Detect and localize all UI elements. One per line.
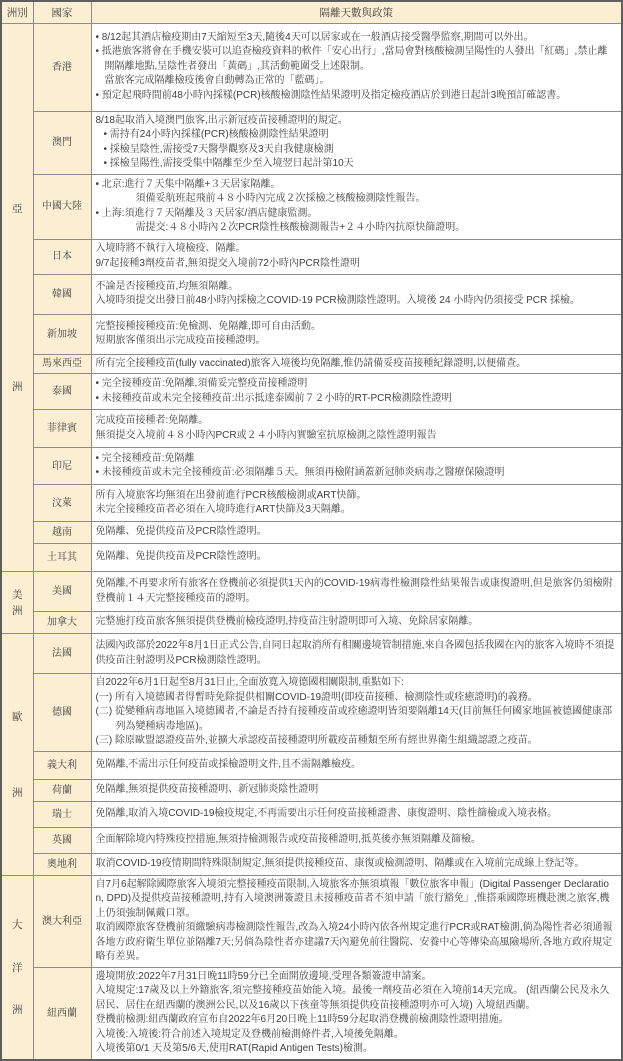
policy-line: 入境規定:17歲及以上外籍旅客,須完整接種疫苗始能入境。最後一劑疫苗必須在入境前… xyxy=(96,984,618,1013)
table-row: 印尼• 完全接種疫苗:免隔離• 未接種疫苗或未完全接種疫苗:必須隔離５天。無須再… xyxy=(1,448,622,485)
policy-line: 8/18起取消入境澳門旅客,出示新冠疫苗接種證明的規定。 xyxy=(96,114,618,129)
continent-char: 美 xyxy=(12,587,23,602)
policy-line: 全面解除境內特殊疫控措施,無須持檢測報告或疫苗接種證明,抵英後亦無須隔離及篩檢。 xyxy=(96,833,618,848)
table-row: 韓國不論是否接種疫苗,均無須隔離。入境時須提交出發日前48小時內採檢之COVID… xyxy=(1,274,622,314)
table-row: 荷蘭免隔離,無須提供疫苗接種證明、新冠肺炎陰性證明 xyxy=(1,779,622,801)
country-cell: 中國大陸 xyxy=(33,174,91,239)
continent-char: 洋 xyxy=(12,960,23,975)
country-cell: 澳大利亞 xyxy=(33,875,91,967)
policy-cell: 不論是否接種疫苗,均無須隔離。入境時須提交出發日前48小時內採檢之COVID-1… xyxy=(91,274,622,314)
country-cell: 土耳其 xyxy=(33,544,91,572)
policy-cell: 所有入境旅客均無須在出發前進行PCR核酸檢測或ART快篩。未完全接種疫苗者必須在… xyxy=(91,485,622,522)
continent-cell: 亞洲 xyxy=(1,23,33,572)
country-cell: 汶萊 xyxy=(33,485,91,522)
policy-line: (二) 從變種病毒地區入境德國者,不論是否持有接種疫苗或痊癒證明皆須要隔離14天… xyxy=(96,705,618,734)
table-row: 瑞士免隔離,取消入境COVID-19檢疫規定,不再需要出示任何疫苗接種證書、康復… xyxy=(1,801,622,827)
policy-line: 完成疫苗接種者:免隔離。 xyxy=(96,414,618,429)
policy-line: 未完全接種疫苗者必須在入境時進行ART快篩及3天隔離。 xyxy=(96,503,618,518)
table-row: 英國全面解除境內特殊疫控措施,無須持檢測報告或疫苗接種證明,抵英後亦無須隔離及篩… xyxy=(1,827,622,853)
table-row: 泰國• 完全接種疫苗:免隔離,須備妥完整疫苗接種證明• 未接種疫苗或未完全接種疫… xyxy=(1,374,622,410)
policy-cell: 免隔離,不再要求所有旅客在登機前必須提供1天內的COVID-19病毒性檢測陰性結… xyxy=(91,572,622,612)
continent-cell: 大洋洲 xyxy=(1,875,33,1060)
policy-line: (一) 所有入境德國者得暫時免除提供相關COVID-19證明(即疫苗接種、檢測陰… xyxy=(96,691,618,706)
continent-char: 大 xyxy=(12,917,23,932)
policy-cell: 自2022年6月1日起至8月31日止,全面放寬入境德國相關限制,重點如下:(一)… xyxy=(91,674,622,752)
policy-line: 入境時將不執行入境檢疫、隔離。 xyxy=(96,242,618,257)
policy-line: • 北京:進行７天集中隔離+３天居家隔離。 xyxy=(96,178,618,193)
policy-line: 自7月6起解除國際旅客入境須完整接種疫苗限制,入境旅客亦無須填報「數位旅客申報」… xyxy=(96,878,618,922)
country-cell: 韓國 xyxy=(33,274,91,314)
table-row: 汶萊所有入境旅客均無須在出發前進行PCR核酸檢測或ART快篩。未完全接種疫苗者必… xyxy=(1,485,622,522)
country-cell: 加拿大 xyxy=(33,612,91,634)
policy-line: • 採檢呈陰性,需接受7天醫學觀察及3天自我健康檢測 xyxy=(96,143,618,158)
policy-line: 法國內政部於2022年8月1日正式公告,自同日起取消所有相關邊境管制措施,來自各… xyxy=(96,639,618,668)
table-row: 義大利免隔離,不需出示任何疫苗或採檢證明文件,且不需隔離檢疫。 xyxy=(1,751,622,779)
policy-line: • 完全接種疫苗:免隔離 xyxy=(96,452,618,467)
policy-line: 需提交:４８小時內２次PCR陰性核酸檢測報告+２４小時內抗原快篩證明。 xyxy=(96,221,618,236)
header-policy: 隔離天數與政策 xyxy=(91,1,622,23)
policy-line: 入境後:入境後:符合前述入境規定及登機前檢測條件者,入境後免隔離。 xyxy=(96,1028,618,1043)
country-cell: 奧地利 xyxy=(33,853,91,875)
policy-line: 不論是否接種疫苗,均無須隔離。 xyxy=(96,280,618,295)
table-row: 歐洲法國法國內政部於2022年8月1日正式公告,自同日起取消所有相關邊境管制措施… xyxy=(1,634,622,674)
country-cell: 澳門 xyxy=(33,111,91,174)
country-cell: 新加坡 xyxy=(33,314,91,354)
country-cell: 菲律賓 xyxy=(33,410,91,448)
policy-cell: 所有完全接種疫苗(fully vaccinated)旅客入境後均免隔離,惟仍請備… xyxy=(91,354,622,374)
policy-line: (三) 除原歐盟認證疫苗外,並擴大承認疫苗接種證明所載疫苗種類至所有經世界衛生組… xyxy=(96,734,618,749)
quarantine-policy-table: 洲別 國家 隔離天數與政策 亞洲香港• 8/12起其酒店檢疫期由7天縮短至3天,… xyxy=(0,0,623,1061)
policy-line: • 完全接種疫苗:免隔離,須備妥完整疫苗接種證明 xyxy=(96,377,618,392)
table-row: 日本入境時將不執行入境檢疫、隔離。9/7起接種3劑疫苗者,無須提交入境前72小時… xyxy=(1,239,622,274)
continent-char: 洲 xyxy=(12,379,23,394)
policy-line: 短期旅客僅須出示完成疫苗接種證明。 xyxy=(96,334,618,349)
policy-line: 免隔離,不再要求所有旅客在登機前必須提供1天內的COVID-19病毒性檢測陰性結… xyxy=(96,577,618,606)
policy-line: • 未接種疫苗或未完全接種疫苗:出示抵達泰國前７２小時的RT-PCR檢測陰性證明 xyxy=(96,392,618,407)
policy-line: 完整施打疫苗旅客無須提供登機前檢疫證明,持疫苗注射證明即可入境、免除居家隔離。 xyxy=(96,615,618,630)
table-row: 加拿大完整施打疫苗旅客無須提供登機前檢疫證明,持疫苗注射證明即可入境、免除居家隔… xyxy=(1,612,622,634)
policy-line: 免隔離,無須提供疫苗接種證明、新冠肺炎陰性證明 xyxy=(96,783,618,798)
continent-label: 亞洲 xyxy=(2,24,33,572)
table-row: 新加坡完整接種接種疫苗:免檢測、免隔離,即可自由活動。短期旅客僅須出示完成疫苗接… xyxy=(1,314,622,354)
country-cell: 泰國 xyxy=(33,374,91,410)
policy-cell: 8/18起取消入境澳門旅客,出示新冠疫苗接種證明的規定。• 需持有24小時內採樣… xyxy=(91,111,622,174)
policy-line: 邊境開放:2022年7月31日晚11時59分已全面開放邊境,受理各類簽證申請案。 xyxy=(96,970,618,985)
policy-line: 無須提交入境前４８小時內PCR或２４小時內實驗室抗原檢測之陰性證明報告 xyxy=(96,429,618,444)
policy-line: • 抵港旅客將會在手機安裝可以追查檢疫資料的軟件「安心出行」,當局會對核酸檢測呈… xyxy=(96,45,618,74)
policy-line: 免隔離、免提供疫苗及PCR陰性證明。 xyxy=(96,550,618,565)
country-cell: 德國 xyxy=(33,674,91,752)
policy-cell: 完成疫苗接種者:免隔離。無須提交入境前４８小時內PCR或２４小時內實驗室抗原檢測… xyxy=(91,410,622,448)
table-row: 亞洲香港• 8/12起其酒店檢疫期由7天縮短至3天,隨後4天可以居家或在一般酒店… xyxy=(1,23,622,111)
country-cell: 馬來西亞 xyxy=(33,354,91,374)
policy-line: • 8/12起其酒店檢疫期由7天縮短至3天,隨後4天可以居家或在一般酒店接受醫學… xyxy=(96,31,618,46)
policy-line: 完整接種接種疫苗:免檢測、免隔離,即可自由活動。 xyxy=(96,320,618,335)
table-row: 奧地利取消COVID-19疫情期間特殊限制規定,無須提供接種疫苗、康復或檢測證明… xyxy=(1,853,622,875)
policy-cell: 完整施打疫苗旅客無須提供登機前檢疫證明,持疫苗注射證明即可入境、免除居家隔離。 xyxy=(91,612,622,634)
policy-line: • 預定起飛時間前48小時內採樣(PCR)核酸檢測陰性結果證明及指定檢疫酒店於到… xyxy=(96,89,618,104)
policy-cell: 入境時將不執行入境檢疫、隔離。9/7起接種3劑疫苗者,無須提交入境前72小時內P… xyxy=(91,239,622,274)
policy-cell: 全面解除境內特殊疫控措施,無須持檢測報告或疫苗接種證明,抵英後亦無須隔離及篩檢。 xyxy=(91,827,622,853)
continent-label: 大洋洲 xyxy=(2,876,33,1059)
policy-line: 取消國際旅客登機前須繳驗病毒檢測陰性報告,改為入境24小時內依各州規定進行PCR… xyxy=(96,921,618,965)
table-row: 德國自2022年6月1日起至8月31日止,全面放寬入境德國相關限制,重點如下:(… xyxy=(1,674,622,752)
policy-cell: • 8/12起其酒店檢疫期由7天縮短至3天,隨後4天可以居家或在一般酒店接受醫學… xyxy=(91,23,622,111)
continent-char: 亞 xyxy=(12,201,23,216)
table-row: 澳門8/18起取消入境澳門旅客,出示新冠疫苗接種證明的規定。• 需持有24小時內… xyxy=(1,111,622,174)
policy-line: 入境時須提交出發日前48小時內採檢之COVID-19 PCR檢測陰性證明。入境後… xyxy=(96,294,618,309)
table-row: 中國大陸• 北京:進行７天集中隔離+３天居家隔離。須備妥航班起飛前４８小時內完成… xyxy=(1,174,622,239)
policy-cell: • 完全接種疫苗:免隔離• 未接種疫苗或未完全接種疫苗:必須隔離５天。無須再檢附… xyxy=(91,448,622,485)
policy-line: 9/7起接種3劑疫苗者,無須提交入境前72小時內PCR陰性證明 xyxy=(96,257,618,272)
policy-line: • 未接種疫苗或未完全接種疫苗:必須隔離５天。無須再檢附涵蓋新冠肺炎病毒之醫療保… xyxy=(96,466,618,481)
table-row: 馬來西亞所有完全接種疫苗(fully vaccinated)旅客入境後均免隔離,… xyxy=(1,354,622,374)
country-cell: 紐西蘭 xyxy=(33,967,91,1060)
continent-char: 歐 xyxy=(12,709,23,724)
table-header: 洲別 國家 隔離天數與政策 xyxy=(1,1,622,23)
policy-line: • 上海:須進行７天隔離及３天居家/酒店健康監測。 xyxy=(96,207,618,222)
policy-line: 入境後第0/1 天及第5/6天,使用RAT(Rapid Antigen Test… xyxy=(96,1042,618,1057)
header-continent: 洲別 xyxy=(1,1,33,23)
policy-line: 免隔離,取消入境COVID-19檢疫規定,不再需要出示任何疫苗接種證書、康復證明… xyxy=(96,807,618,822)
policy-cell: 自7月6起解除國際旅客入境須完整接種疫苗限制,入境旅客亦無須填報「數位旅客申報」… xyxy=(91,875,622,967)
country-cell: 越南 xyxy=(33,522,91,544)
quarantine-policy-page: 洲別 國家 隔離天數與政策 亞洲香港• 8/12起其酒店檢疫期由7天縮短至3天,… xyxy=(0,0,623,1061)
country-cell: 義大利 xyxy=(33,751,91,779)
country-cell: 印尼 xyxy=(33,448,91,485)
policy-cell: 邊境開放:2022年7月31日晚11時59分已全面開放邊境,受理各類簽證申請案。… xyxy=(91,967,622,1060)
policy-line: • 需持有24小時內採樣(PCR)核酸檢測陰性結果證明 xyxy=(96,128,618,143)
policy-line: 免隔離、免提供疫苗及PCR陰性證明。 xyxy=(96,525,618,540)
continent-label: 美洲 xyxy=(2,572,33,633)
policy-cell: 完整接種接種疫苗:免檢測、免隔離,即可自由活動。短期旅客僅須出示完成疫苗接種證明… xyxy=(91,314,622,354)
policy-line: 取消COVID-19疫情期間特殊限制規定,無須提供接種疫苗、康復或檢測證明、隔離… xyxy=(96,857,618,872)
policy-line: • 採檢呈陽性,需接受集中隔離至少至入境翌日起計第10天 xyxy=(96,157,618,172)
policy-line: 免隔離,不需出示任何疫苗或採檢證明文件,且不需隔離檢疫。 xyxy=(96,758,618,773)
policy-line: 所有完全接種疫苗(fully vaccinated)旅客入境後均免隔離,惟仍請備… xyxy=(96,357,618,372)
header-row: 洲別 國家 隔離天數與政策 xyxy=(1,1,622,23)
table-row: 土耳其免隔離、免提供疫苗及PCR陰性證明。 xyxy=(1,544,622,572)
country-cell: 美國 xyxy=(33,572,91,612)
policy-cell: 取消COVID-19疫情期間特殊限制規定,無須提供接種疫苗、康復或檢測證明、隔離… xyxy=(91,853,622,875)
policy-cell: • 北京:進行７天集中隔離+３天居家隔離。須備妥航班起飛前４８小時內完成２次採檢… xyxy=(91,174,622,239)
country-cell: 瑞士 xyxy=(33,801,91,827)
policy-cell: 免隔離、免提供疫苗及PCR陰性證明。 xyxy=(91,544,622,572)
country-cell: 法國 xyxy=(33,634,91,674)
policy-line: 所有入境旅客均無須在出發前進行PCR核酸檢測或ART快篩。 xyxy=(96,489,618,504)
country-cell: 英國 xyxy=(33,827,91,853)
table-row: 大洋洲澳大利亞自7月6起解除國際旅客入境須完整接種疫苗限制,入境旅客亦無須填報「… xyxy=(1,875,622,967)
continent-char: 洲 xyxy=(12,785,23,800)
policy-cell: 免隔離、免提供疫苗及PCR陰性證明。 xyxy=(91,522,622,544)
continent-cell: 歐洲 xyxy=(1,634,33,876)
policy-line: 須備妥航班起飛前４８小時內完成２次採檢之核酸檢測陰性報告。 xyxy=(96,192,618,207)
continent-char: 洲 xyxy=(12,1002,23,1017)
policy-cell: 法國內政部於2022年8月1日正式公告,自同日起取消所有相關邊境管制措施,來自各… xyxy=(91,634,622,674)
continent-label: 歐洲 xyxy=(2,634,33,875)
policy-cell: 免隔離,無須提供疫苗接種證明、新冠肺炎陰性證明 xyxy=(91,779,622,801)
table-body: 亞洲香港• 8/12起其酒店檢疫期由7天縮短至3天,隨後4天可以居家或在一般酒店… xyxy=(1,23,622,1060)
country-cell: 荷蘭 xyxy=(33,779,91,801)
policy-cell: 免隔離,取消入境COVID-19檢疫規定,不再需要出示任何疫苗接種證書、康復證明… xyxy=(91,801,622,827)
policy-line: 自2022年6月1日起至8月31日止,全面放寬入境德國相關限制,重點如下: xyxy=(96,676,618,691)
table-row: 紐西蘭邊境開放:2022年7月31日晚11時59分已全面開放邊境,受理各類簽證申… xyxy=(1,967,622,1060)
policy-cell: 免隔離,不需出示任何疫苗或採檢證明文件,且不需隔離檢疫。 xyxy=(91,751,622,779)
table-row: 越南免隔離、免提供疫苗及PCR陰性證明。 xyxy=(1,522,622,544)
continent-char: 洲 xyxy=(12,603,23,618)
table-row: 美洲美國免隔離,不再要求所有旅客在登機前必須提供1天內的COVID-19病毒性檢… xyxy=(1,572,622,612)
continent-cell: 美洲 xyxy=(1,572,33,634)
country-cell: 香港 xyxy=(33,23,91,111)
policy-line: 登機前檢測:紐西蘭政府宣布自2022年6月20日晚上11時59分起取消登機前檢測… xyxy=(96,1013,618,1028)
header-country: 國家 xyxy=(33,1,91,23)
policy-cell: • 完全接種疫苗:免隔離,須備妥完整疫苗接種證明• 未接種疫苗或未完全接種疫苗:… xyxy=(91,374,622,410)
table-row: 菲律賓完成疫苗接種者:免隔離。無須提交入境前４８小時內PCR或２４小時內實驗室抗… xyxy=(1,410,622,448)
country-cell: 日本 xyxy=(33,239,91,274)
policy-line: 當旅客完成隔離檢疫後會自動轉為正常的「藍碼」。 xyxy=(96,74,618,89)
